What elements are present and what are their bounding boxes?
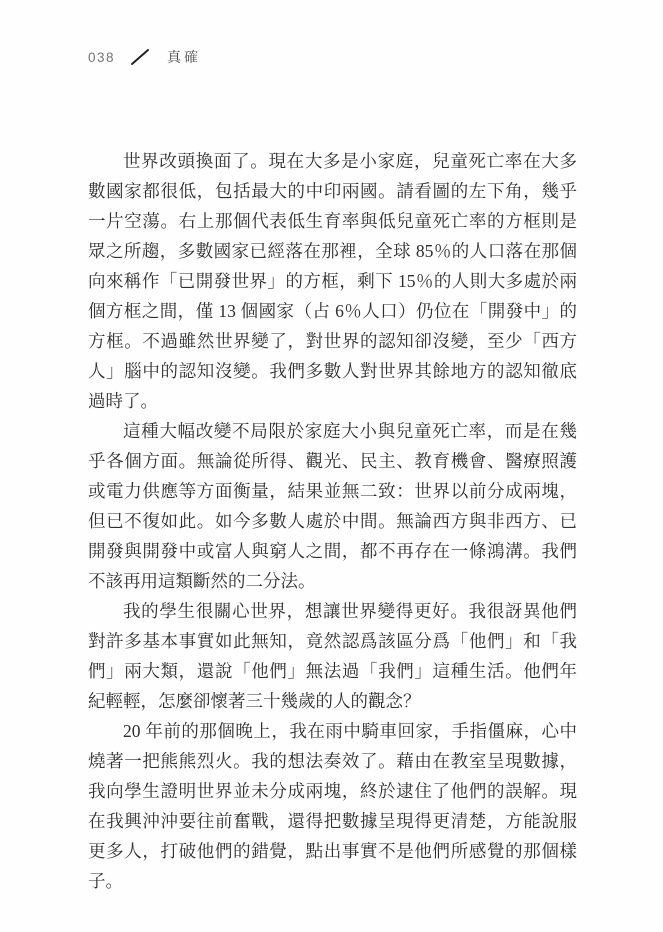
slash-icon	[129, 48, 151, 66]
paragraph-2: 這種大幅改變不局限於家庭大小與兒童死亡率，而是在幾乎各個方面。無論從所得、觀光、…	[88, 416, 577, 596]
page-body: 世界改頭換面了。現在大多是小家庭，兒童死亡率在大多數國家都很低，包括最大的中印兩…	[88, 146, 577, 896]
paragraph-4: 20 年前的那個晚上，我在雨中騎車回家，手指僵麻，心中燒著一把熊熊烈火。我的想法…	[88, 716, 577, 896]
book-title: 真確	[167, 47, 201, 67]
book-page: 038 真確 世界改頭換面了。現在大多是小家庭，兒童死亡率在大多數國家都很低，包…	[0, 0, 663, 932]
running-head: 038 真確	[88, 46, 201, 68]
paragraph-3: 我的學生很關心世界，想讓世界變得更好。我很訝異他們對許多基本事實如此無知，竟然認…	[88, 596, 577, 716]
paragraph-1: 世界改頭換面了。現在大多是小家庭，兒童死亡率在大多數國家都很低，包括最大的中印兩…	[88, 146, 577, 416]
page-number: 038	[88, 50, 115, 65]
